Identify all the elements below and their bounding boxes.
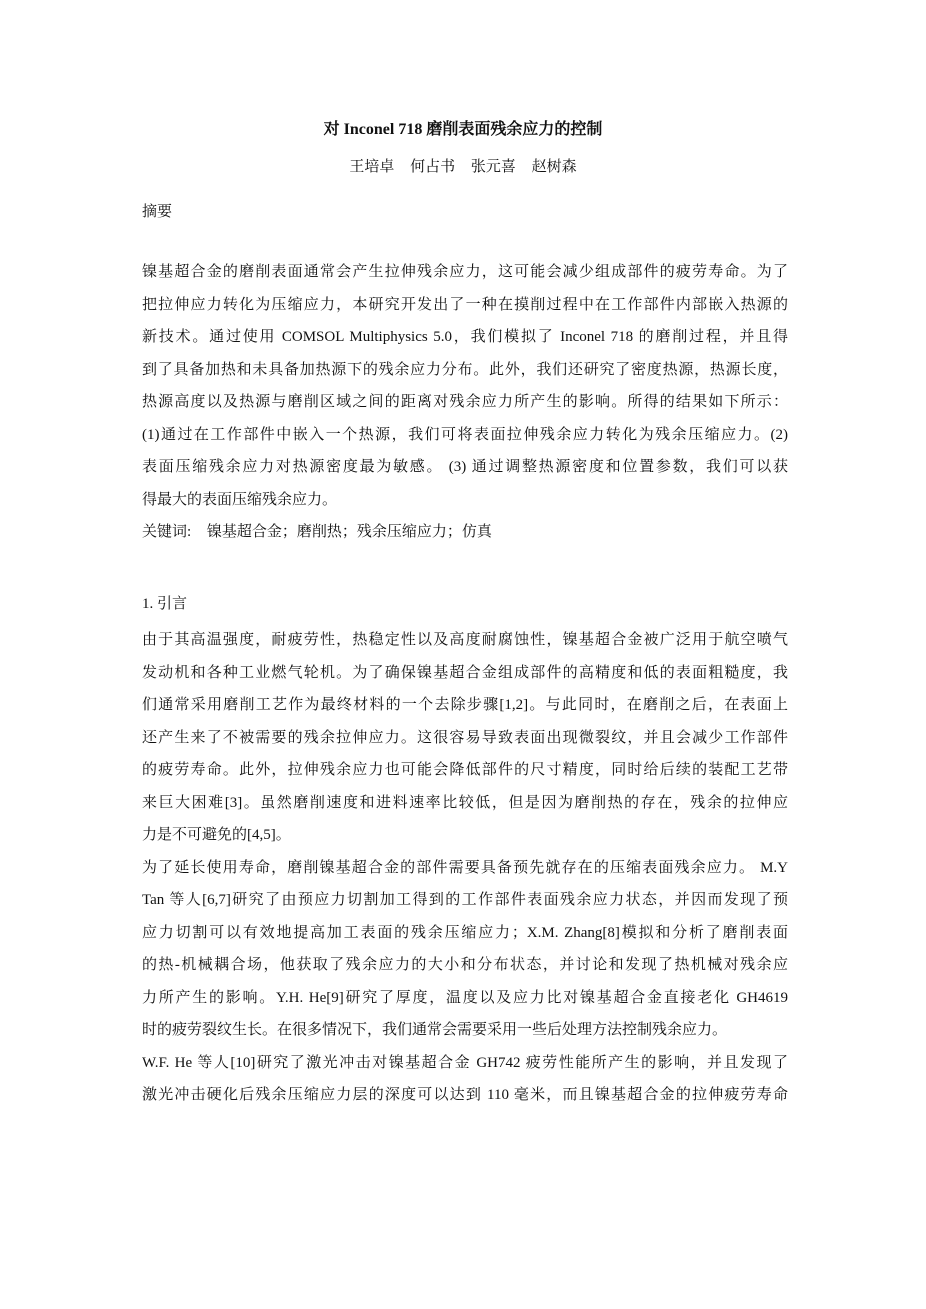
abstract-line: 镍基超合金的磨削表面通常会产生拉伸残余应力，这可能会减少组成部件的疲劳寿命。为了 [142,261,788,283]
body-line: W.F. He 等人[10]研究了激光冲击对镍基超合金 GH742 疲劳性能所产… [142,1052,788,1074]
abstract-line: 把拉伸应力转化为压缩应力，本研究开发出了一种在摸削过程中在工作部件内部嵌入热源的 [142,294,788,316]
paper-title: 对 Inconel 718 磨削表面残余应力的控制 [0,119,926,141]
body-line: 时的疲劳裂纹生长。在很多情况下，我们通常会需要采用一些后处理方法控制残余应力。 [142,1019,788,1041]
paper-page: 对 Inconel 718 磨削表面残余应力的控制 王培卓 何占书 张元喜 赵树… [0,0,926,1309]
abstract-line: 热源高度以及热源与磨削区域之间的距离对残余应力所产生的影响。所得的结果如下所示： [142,391,788,413]
abstract-line: 到了具备加热和未具备加热源下的残余应力分布。此外，我们还研究了密度热源，热源长度… [142,359,788,381]
abstract-line: 表面压缩残余应力对热源密度最为敏感。 (3) 通过调整热源密度和位置参数，我们可… [142,456,788,478]
body-line: 还产生来了不被需要的残余拉伸应力。这很容易导致表面出现微裂纹，并且会减少工作部件 [142,727,788,749]
body-line: 力是不可避免的[4,5]。 [142,824,788,846]
author: 赵树森 [532,159,577,175]
abstract-line: (1)通过在工作部件中嵌入一个热源，我们可将表面拉伸残余应力转化为残余压缩应力。… [142,424,788,446]
abstract-line: 得最大的表面压缩残余应力。 [142,489,788,511]
author: 王培卓 [349,159,394,175]
keywords-value: 镍基超合金；磨削热；残余压缩应力；仿真 [207,524,492,540]
keywords: 关键词: 镍基超合金；磨削热；残余压缩应力；仿真 [142,521,492,543]
body-line: 的疲劳寿命。此外，拉伸残余应力也可能会降低部件的尺寸精度，同时给后续的装配工艺带 [142,759,788,781]
keywords-label: 关键词: [142,524,191,540]
body-line: 们通常采用磨削工艺作为最终材料的一个去除步骤[1,2]。与此同时，在磨削之后，在… [142,694,788,716]
author: 张元喜 [471,159,516,175]
section-heading: 1. 引言 [142,593,187,615]
body-line: 发动机和各种工业燃气轮机。为了确保镍基超合金组成部件的高精度和低的表面粗糙度，我 [142,662,788,684]
body-line: 的热-机械耦合场，他获取了残余应力的大小和分布状态，并讨论和发现了热机械对残余应 [142,954,788,976]
abstract-line: 新技术。通过使用 COMSOL Multiphysics 5.0，我们模拟了 I… [142,326,788,348]
abstract-heading: 摘要 [142,201,172,223]
body-line: Tan 等人[6,7]研究了由预应力切割加工得到的工作部件表面残余应力状态，并因… [142,889,788,911]
body-line: 激光冲击硬化后残余压缩应力层的深度可以达到 110 毫米，而且镍基超合金的拉伸疲… [142,1084,788,1106]
body-line: 来巨大困难[3]。虽然磨削速度和进料速率比较低，但是因为磨削热的存在，残余的拉伸… [142,792,788,814]
author-list: 王培卓 何占书 张元喜 赵树森 [0,156,926,178]
body-line: 为了延长使用寿命，磨削镍基超合金的部件需要具备预先就存在的压缩表面残余应力。 M… [142,857,788,879]
body-line: 应力切割可以有效地提高加工表面的残余压缩应力；X.M. Zhang[8]模拟和分… [142,922,788,944]
body-line: 由于其高温强度，耐疲劳性，热稳定性以及高度耐腐蚀性，镍基超合金被广泛用于航空喷气 [142,629,788,651]
body-line: 力所产生的影响。Y.H. He[9]研究了厚度，温度以及应力比对镍基超合金直接老… [142,987,788,1009]
author: 何占书 [410,159,455,175]
